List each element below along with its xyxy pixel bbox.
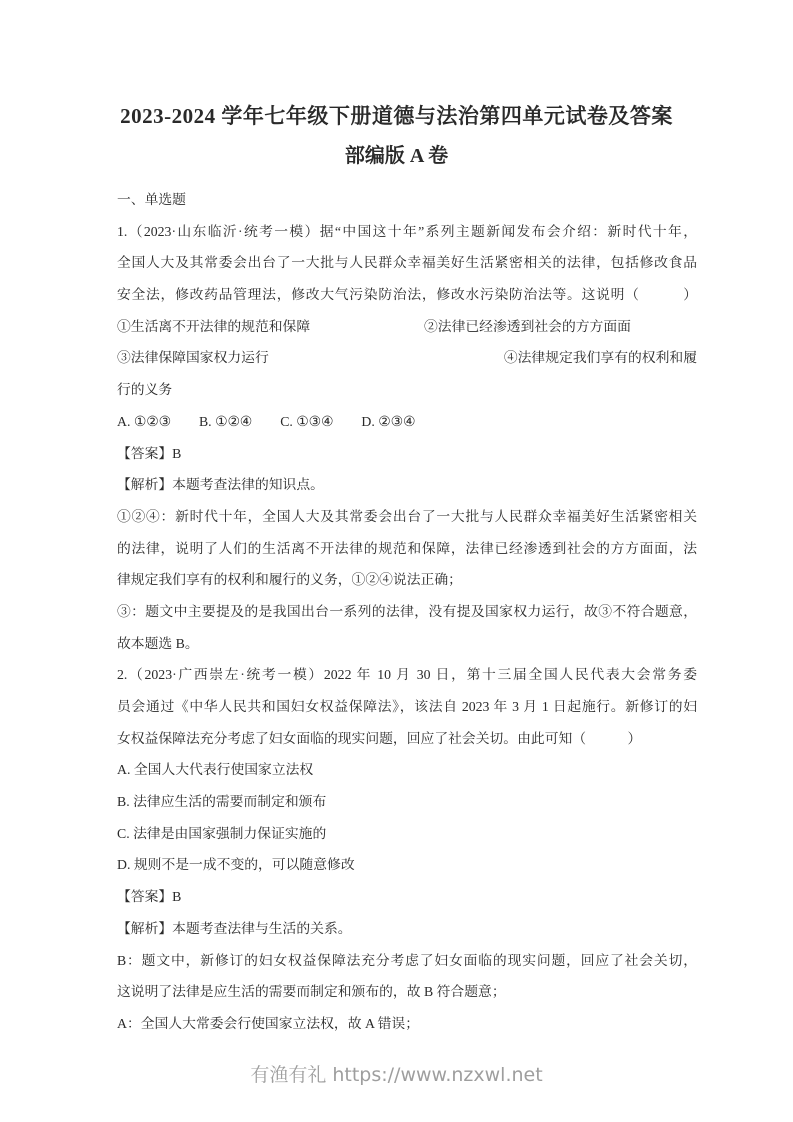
q2-stem-line: 2.（2023·广西崇左·统考一模）2022 年 10 月 30 日，第十三届全…	[117, 659, 697, 691]
q2-choice-b: B. 法律应生活的需要而制定和颁布	[117, 786, 697, 818]
q1-item-3: ③法律保障国家权力运行	[117, 342, 269, 374]
q1-analysis-line: 律规定我们享有的权利和履行的义务，①②④说法正确；	[117, 564, 697, 596]
q1-analysis-line: 故本题选 B。	[117, 628, 697, 660]
q1-choice-c: C. ①③④	[280, 406, 333, 438]
q2-analysis-line: 这说明了法律是应生活的需要而制定和颁布的，故 B 符合题意；	[117, 976, 697, 1008]
q2-analysis-line: A：全国人大常委会行使国家立法权，故 A 错误；	[117, 1008, 697, 1040]
q2-stem-line: 员会通过《中华人民共和国妇女权益保障法》，该法自 2023 年 3 月 1 日起…	[117, 691, 697, 723]
watermark-footer: 有渔有礼 https://www.nzxwl.net	[0, 1060, 793, 1087]
q1-analysis-line: 【解析】本题考查法律的知识点。	[117, 469, 697, 501]
exam-subtitle: 部编版 A 卷	[0, 140, 793, 172]
exam-body: 一、单选题 1.（2023·山东临沂·统考一模）据“中国这十年”系列主题新闻发布…	[117, 184, 697, 1040]
q2-answer-line: 【答案】B	[117, 881, 697, 913]
q1-stem-line: 1.（2023·山东临沂·统考一模）据“中国这十年”系列主题新闻发布会介绍：新时…	[117, 216, 697, 248]
q1-choice-d: D. ②③④	[361, 406, 415, 438]
q1-answer-line: 【答案】B	[117, 438, 697, 470]
q1-items-row-1: ①生活离不开法律的规范和保障 ②法律已经渗透到社会的方方面面	[117, 311, 697, 343]
q1-choice-a: A. ①②③	[117, 406, 171, 438]
document-page: 2023-2024 学年七年级下册道德与法治第四单元试卷及答案 部编版 A 卷 …	[0, 0, 793, 1122]
q1-choice-b: B. ①②④	[199, 406, 252, 438]
q2-choice-c: C. 法律是由国家强制力保证实施的	[117, 818, 697, 850]
q2-stem-line: 女权益保障法充分考虑了妇女面临的现实问题，回应了社会关切。由此可知（ ）	[117, 723, 697, 755]
q1-item-1: ①生活离不开法律的规范和保障	[117, 311, 310, 343]
exam-title: 2023-2024 学年七年级下册道德与法治第四单元试卷及答案	[0, 100, 793, 132]
q2-analysis-line: B：题文中，新修订的妇女权益保障法充分考虑了妇女面临的现实问题，回应了社会关切，	[117, 945, 697, 977]
q1-choices-row: A. ①②③ B. ①②④ C. ①③④ D. ②③④	[117, 406, 697, 438]
q1-item-4-carry: 行的义务	[117, 374, 697, 406]
q2-analysis-line: 【解析】本题考查法律与生活的关系。	[117, 913, 697, 945]
q2-choice-d: D. 规则不是一成不变的，可以随意修改	[117, 849, 697, 881]
q1-stem-line: 安全法，修改药品管理法，修改大气污染防治法，修改水污染防治法等。这说明（ ）	[117, 279, 697, 311]
section-heading: 一、单选题	[117, 184, 697, 216]
q1-analysis-line: ③：题文中主要提及的是我国出台一系列的法律，没有提及国家权力运行，故③不符合题意…	[117, 596, 697, 628]
q1-item-2: ②法律已经渗透到社会的方方面面	[424, 311, 631, 343]
q1-stem-line: 全国人大及其常委会出台了一大批与人民群众幸福美好生活紧密相关的法律，包括修改食品	[117, 247, 697, 279]
q2-choice-a: A. 全国人大代表行使国家立法权	[117, 754, 697, 786]
q1-item-4: ④法律规定我们享有的权利和履	[504, 342, 697, 374]
q1-analysis-line: 的法律，说明了人们的生活离不开法律的规范和保障，法律已经渗透到社会的方方面面，法	[117, 533, 697, 565]
q1-analysis-line: ①②④：新时代十年，全国人大及其常委会出台了一大批与人民群众幸福美好生活紧密相关	[117, 501, 697, 533]
q1-items-row-2: ③法律保障国家权力运行 ④法律规定我们享有的权利和履	[117, 342, 697, 374]
